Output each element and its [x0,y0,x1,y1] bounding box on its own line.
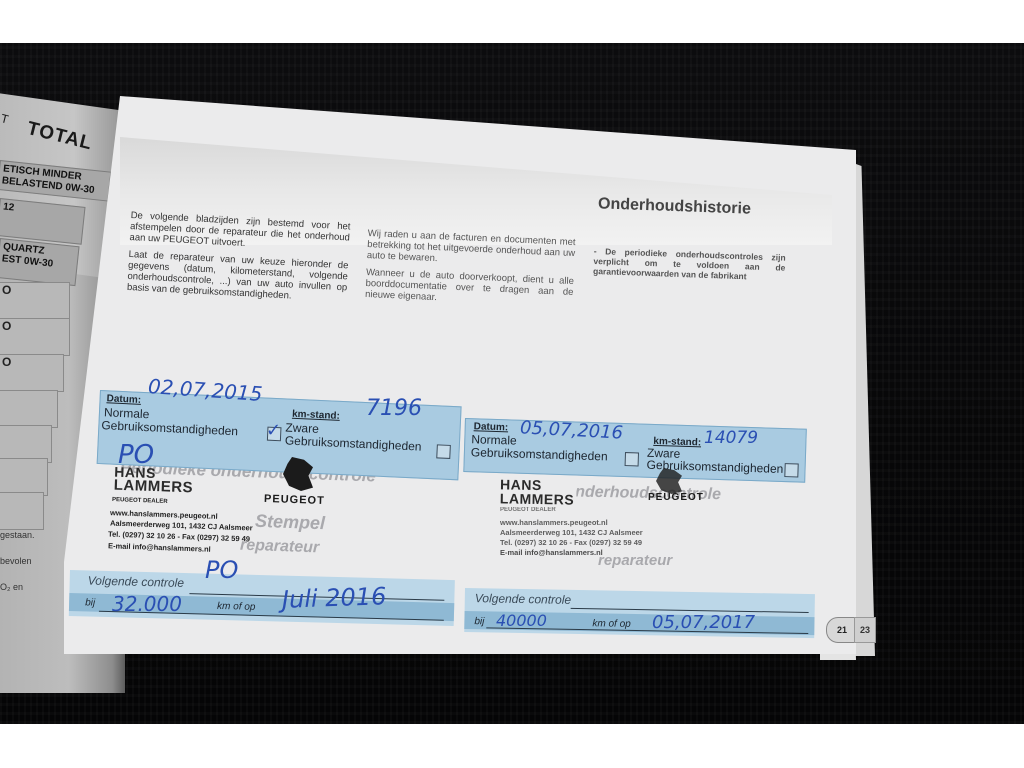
ghost-text-reparateur-2: reparateur [598,552,672,569]
peugeot-wordmark: PEUGEOT [648,492,704,503]
km-of-op-label: km of op [217,600,256,614]
handwritten-next-km-1: 32.000 [112,592,182,616]
stamp-address: Aalsmeerderweg 101, 1432 CJ Aalsmeer [500,528,643,537]
oil-box: QUARTZ EST 0W-30 [0,238,80,286]
zware-checkbox[interactable] [784,463,798,477]
zware-checkbox[interactable] [436,444,451,459]
gebruik-label: Gebruiksomstandigheden [101,419,238,438]
left-row [0,390,58,428]
gebruik-label-zware: Gebruiksomstandigheden [285,434,422,453]
left-note: bevolen [0,556,32,566]
bij-label: bij [85,596,95,609]
handwritten-next-date-1: Juli 2016 [282,582,387,614]
intro-column-2: Wij raden u aan de facturen en documente… [365,228,576,315]
stamp-email: E-mail info@hanslammers.nl [500,548,603,557]
normale-checkbox[interactable] [625,452,639,466]
left-note: gestaan. [0,530,35,540]
ghost-text-stempel: Stempel [255,511,326,534]
page-number-tab-next: 23 [854,617,876,643]
handwritten-next-date-2: 05,07,2017 [652,612,755,633]
checkmark-1: ✓ [266,420,281,441]
stamp-phone: Tel. (0297) 32 10 26 - Fax (0297) 32 59 … [500,538,642,547]
handwritten-next-km-2: 40000 [496,611,547,630]
intro-column-3: - De periodieke onderhoudscontroles zijn… [593,246,786,289]
peugeot-wordmark: PEUGEOT [264,493,325,507]
volgende-label: Volgende controle [475,592,572,607]
handwritten-km-2: 14079 [704,428,758,448]
volgende-label: Volgende controle [88,574,185,590]
handwritten-next-initials-1: PO [205,556,238,584]
stamp-subtitle: PEUGEOT DEALER [500,507,556,513]
stamp-dealer-name: HANS LAMMERS [114,465,194,496]
handwritten-km-1: 7196 [366,396,422,421]
left-row [0,492,44,530]
left-row: O [0,318,70,356]
intro-column-1: De volgende bladzijden zijn bestemd voor… [126,210,350,310]
left-row: O [0,354,64,392]
left-row [0,458,48,496]
left-row: O [0,282,70,320]
stamp-dealer-name: HANS LAMMERS [500,477,575,506]
stamp-web: www.hanslammers.peugeot.nl [500,518,608,527]
gebruik-label: Gebruiksomstandigheden [471,446,608,463]
bij-label: bij [474,615,484,628]
ghost-text-reparateur: reparateur [240,537,320,558]
left-note: O₂ en [0,582,23,592]
